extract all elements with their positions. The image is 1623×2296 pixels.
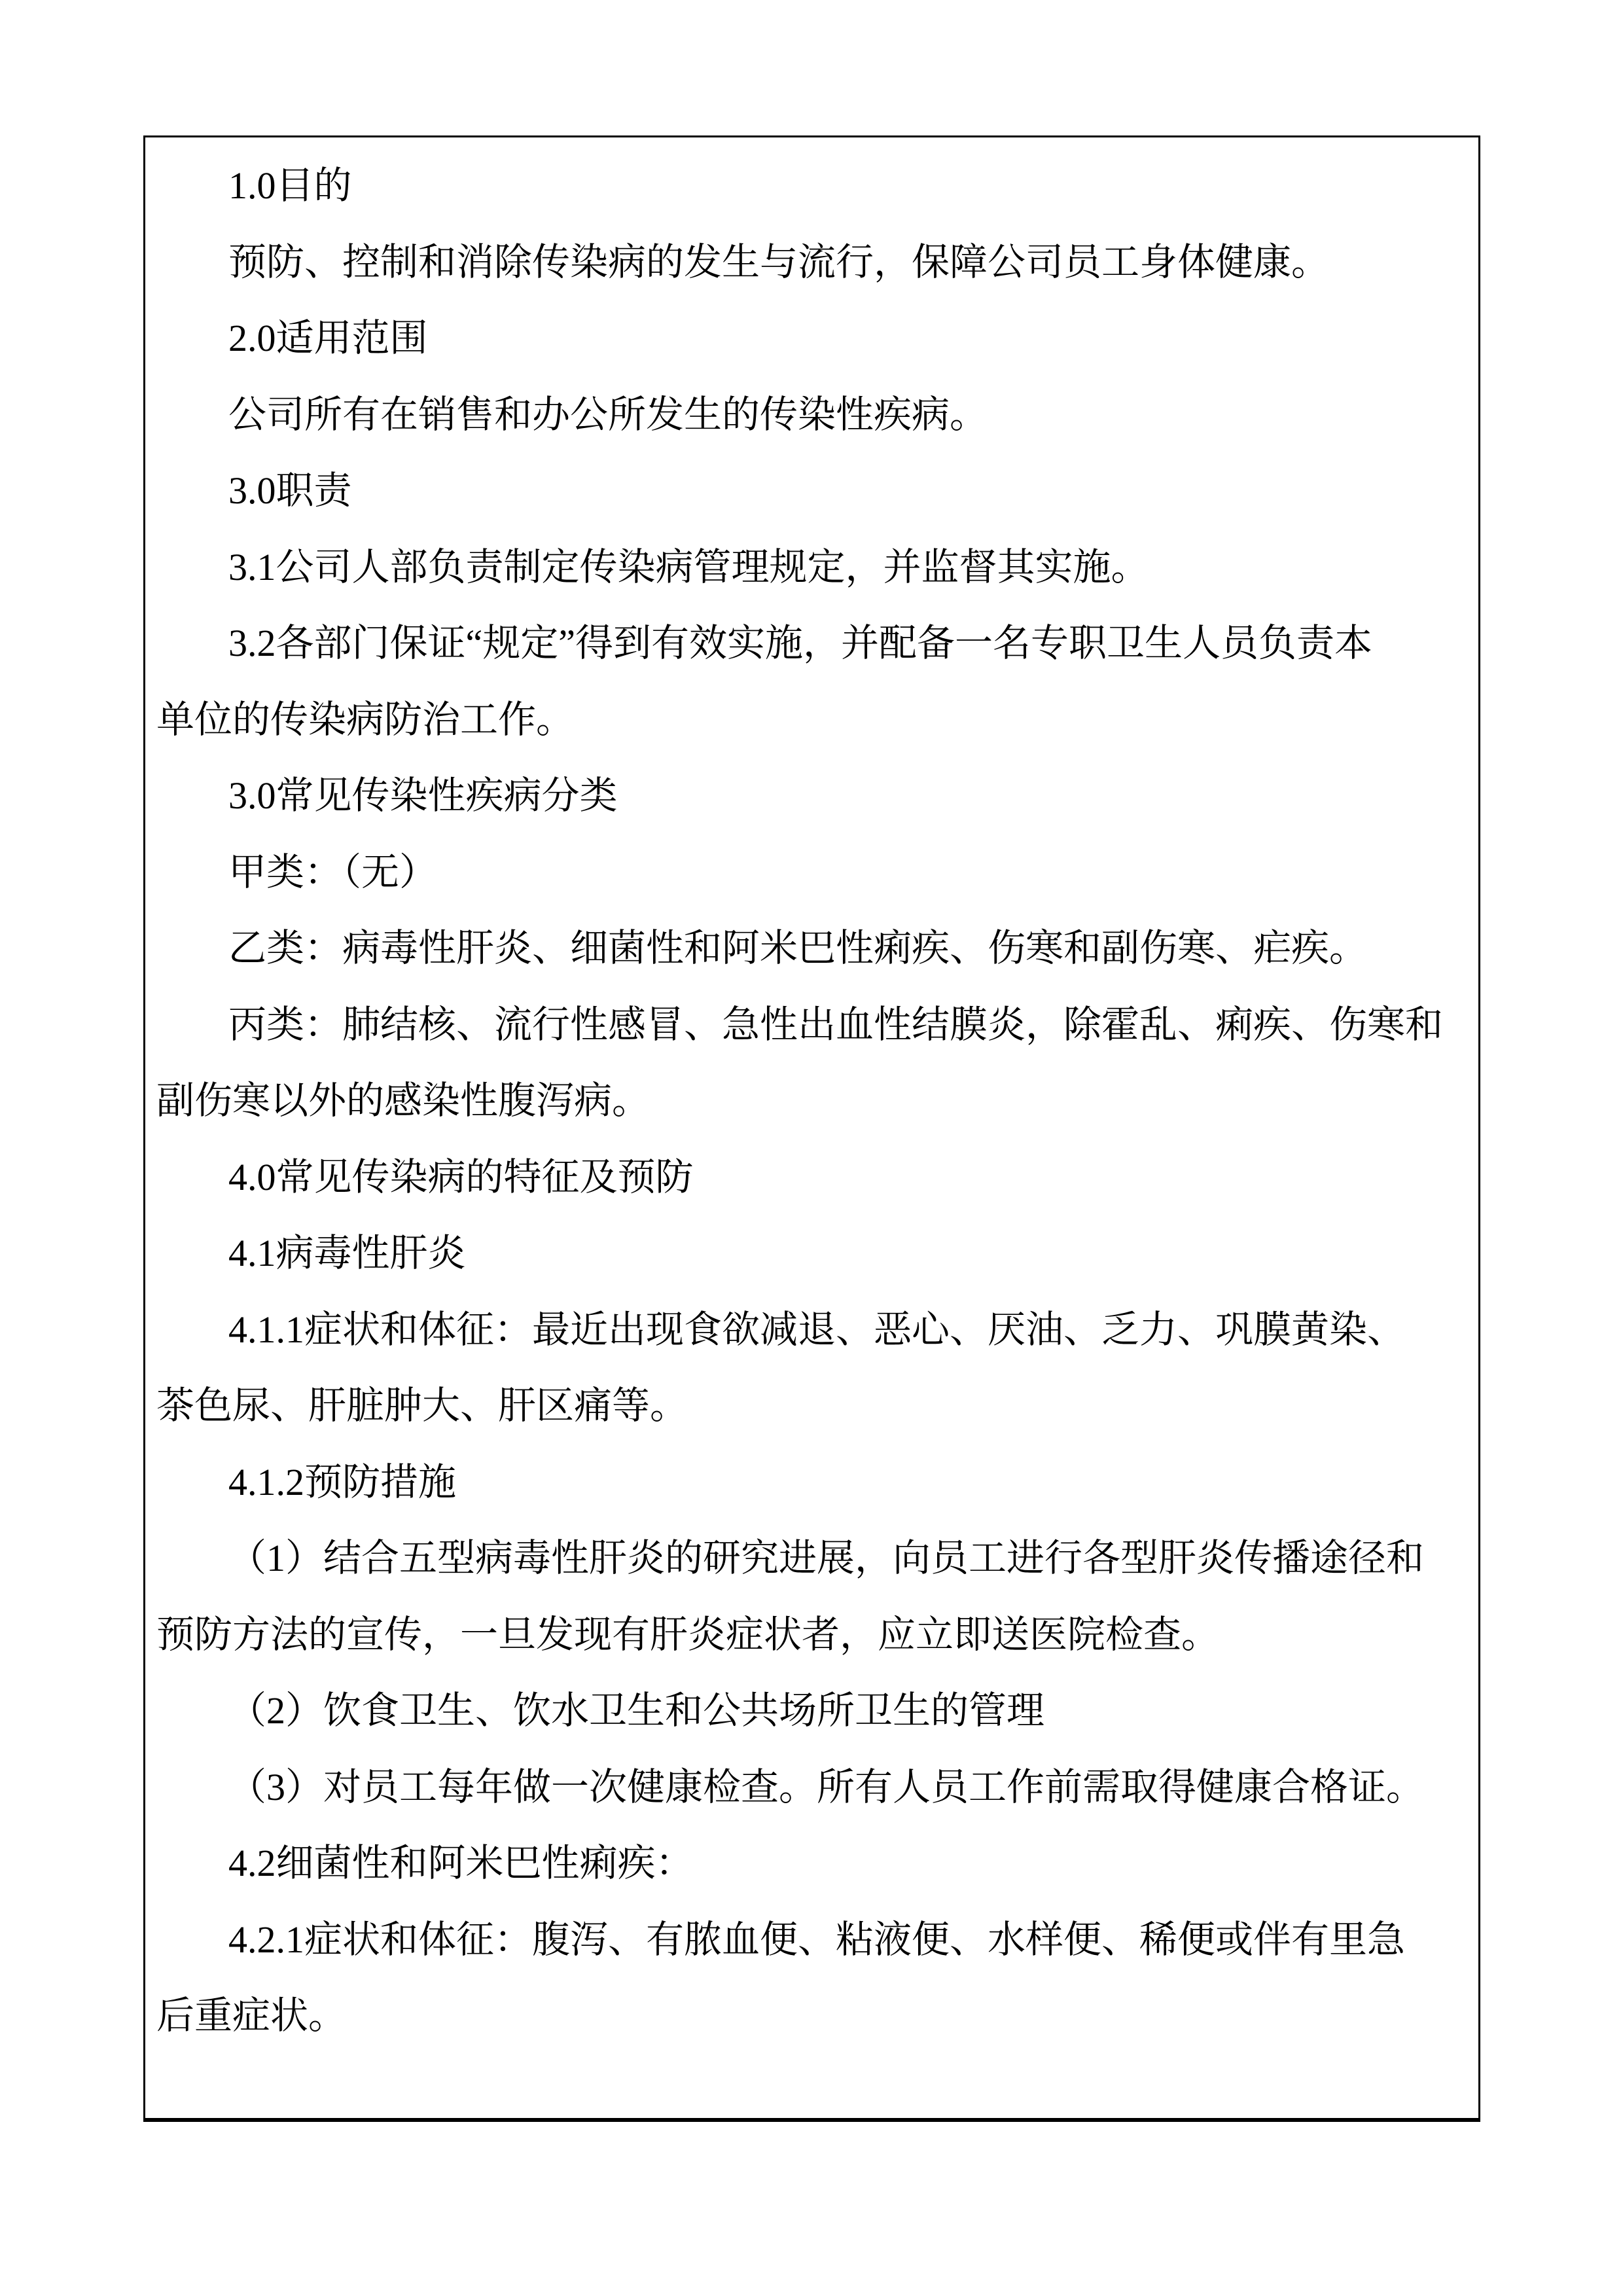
text-line: 3.0职责: [156, 453, 1469, 529]
document-table-cell-border: 1.0目的预防、控制和消除传染病的发生与流行，保障公司员工身体健康。2.0适用范…: [143, 135, 1480, 2122]
text-line: 4.1.2预防措施: [156, 1444, 1469, 1521]
text-line: （1）结合五型病毒性肝炎的研究进展，向员工进行各型肝炎传播途径和: [156, 1520, 1469, 1597]
text-line: 后重症状。: [156, 1978, 1469, 2054]
text-line: 甲类：（无）: [156, 834, 1469, 911]
text-line: 预防、控制和消除传染病的发生与流行，保障公司员工身体健康。: [156, 224, 1469, 301]
text-line: 4.1.1症状和体征：最近出现食欲减退、恶心、厌油、乏力、巩膜黄染、: [156, 1292, 1469, 1369]
text-line: 4.1病毒性肝炎: [156, 1215, 1469, 1292]
text-line: （2）饮食卫生、饮水卫生和公共场所卫生的管理: [156, 1673, 1469, 1749]
text-line: 茶色尿、肝脏肿大、肝区痛等。: [156, 1368, 1469, 1444]
text-line: 4.2.1症状和体征：腹泻、有脓血便、粘液便、水样便、稀便或伴有里急: [156, 1902, 1469, 1979]
text-line: 4.0常见传染病的特征及预防: [156, 1139, 1469, 1216]
text-line: 3.1公司人部负责制定传染病管理规定，并监督其实施。: [156, 529, 1469, 606]
text-line: 公司所有在销售和办公所发生的传染性疾病。: [156, 377, 1469, 454]
text-line: 1.0目的: [156, 148, 1469, 224]
text-line: 丙类：肺结核、流行性感冒、急性出血性结膜炎，除霍乱、痢疾、伤寒和: [156, 987, 1469, 1064]
text-line: 预防方法的宣传，一旦发现有肝炎症状者，应立即送医院检查。: [156, 1597, 1469, 1674]
text-line: 单位的传染病防治工作。: [156, 682, 1469, 759]
text-line: 3.2各部门保证“规定”得到有效实施，并配备一名专职卫生人员负责本: [156, 605, 1469, 682]
text-line: 副伤寒以外的感染性腹泻病。: [156, 1063, 1469, 1139]
text-line: 乙类：病毒性肝炎、细菌性和阿米巴性痢疾、伤寒和副伤寒、疟疾。: [156, 910, 1469, 987]
text-line: 3.0常见传染性疾病分类: [156, 758, 1469, 834]
document-body: 1.0目的预防、控制和消除传染病的发生与流行，保障公司员工身体健康。2.0适用范…: [156, 148, 1469, 2054]
text-line: （3）对员工每年做一次健康检查。所有人员工作前需取得健康合格证。: [156, 1749, 1469, 1826]
text-line: 4.2细菌性和阿米巴性痢疾：: [156, 1825, 1469, 1902]
document-page: 1.0目的预防、控制和消除传染病的发生与流行，保障公司员工身体健康。2.0适用范…: [0, 0, 1623, 2296]
text-line: 2.0适用范围: [156, 300, 1469, 377]
